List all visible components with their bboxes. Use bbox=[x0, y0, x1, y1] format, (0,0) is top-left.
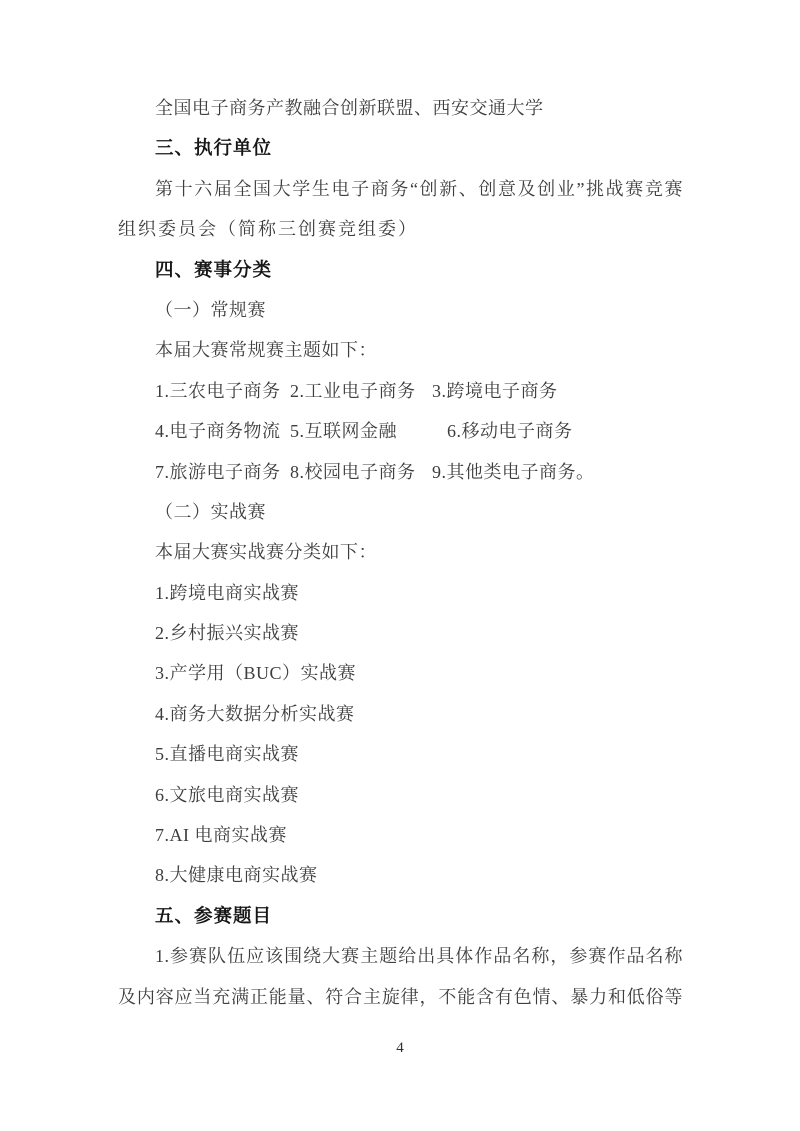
theme-item-9: 9.其他类电子商务。 bbox=[432, 462, 595, 482]
heading-executing-unit: 三、执行单位 bbox=[118, 128, 683, 168]
document-page: 全国电子商务产教融合创新联盟、西安交通大学 三、执行单位 第十六届全国大学生电子… bbox=[0, 0, 800, 1131]
theme-item-1: 1.三农电子商务 bbox=[155, 371, 290, 411]
practical-item-5: 5.直播电商实战赛 bbox=[118, 734, 683, 774]
practical-categories-intro: 本届大赛实战赛分类如下： bbox=[118, 532, 683, 572]
regular-theme-row-3: 7.旅游电子商务8.校园电子商务9.其他类电子商务。 bbox=[118, 452, 683, 492]
entry-topics-line-2: 及内容应当充满正能量、符合主旋律，不能含有色情、暴力和低俗等 bbox=[118, 977, 683, 1017]
practical-item-1: 1.跨境电商实战赛 bbox=[118, 573, 683, 613]
theme-item-8: 8.校园电子商务 bbox=[290, 452, 432, 492]
theme-item-4: 4.电子商务物流 bbox=[155, 411, 290, 451]
theme-item-5: 5.互联网金融 bbox=[290, 411, 447, 451]
practical-item-7: 7.AI 电商实战赛 bbox=[118, 815, 683, 855]
executing-unit-line-1: 第十六届全国大学生电子商务“创新、创意及创业”挑战赛竞赛 bbox=[118, 169, 683, 209]
practical-item-4: 4.商务大数据分析实战赛 bbox=[118, 694, 683, 734]
subheading-practical-competition: （二）实战赛 bbox=[118, 492, 683, 532]
co-organizers-line: 全国电子商务产教融合创新联盟、西安交通大学 bbox=[118, 88, 683, 128]
theme-item-2: 2.工业电子商务 bbox=[290, 371, 432, 411]
theme-item-3: 3.跨境电子商务 bbox=[432, 381, 558, 401]
entry-topics-line-1: 1.参赛队伍应该围绕大赛主题给出具体作品名称，参赛作品名称 bbox=[118, 936, 683, 976]
practical-item-2: 2.乡村振兴实战赛 bbox=[118, 613, 683, 653]
theme-item-6: 6.移动电子商务 bbox=[447, 421, 573, 441]
practical-item-3: 3.产学用（BUC）实战赛 bbox=[118, 653, 683, 693]
document-body: 全国电子商务产教融合创新联盟、西安交通大学 三、执行单位 第十六届全国大学生电子… bbox=[118, 88, 683, 1017]
theme-item-7: 7.旅游电子商务 bbox=[155, 452, 290, 492]
heading-entry-topics: 五、参赛题目 bbox=[118, 896, 683, 936]
practical-item-8: 8.大健康电商实战赛 bbox=[118, 855, 683, 895]
regular-theme-row-2: 4.电子商务物流5.互联网金融6.移动电子商务 bbox=[118, 411, 683, 451]
executing-unit-line-2: 组织委员会（简称三创赛竞组委） bbox=[118, 209, 683, 249]
regular-themes-intro: 本届大赛常规赛主题如下： bbox=[118, 330, 683, 370]
regular-theme-row-1: 1.三农电子商务2.工业电子商务3.跨境电子商务 bbox=[118, 371, 683, 411]
heading-event-categories: 四、赛事分类 bbox=[118, 250, 683, 290]
subheading-regular-competition: （一）常规赛 bbox=[118, 290, 683, 330]
page-number: 4 bbox=[0, 1040, 800, 1057]
practical-item-6: 6.文旅电商实战赛 bbox=[118, 775, 683, 815]
